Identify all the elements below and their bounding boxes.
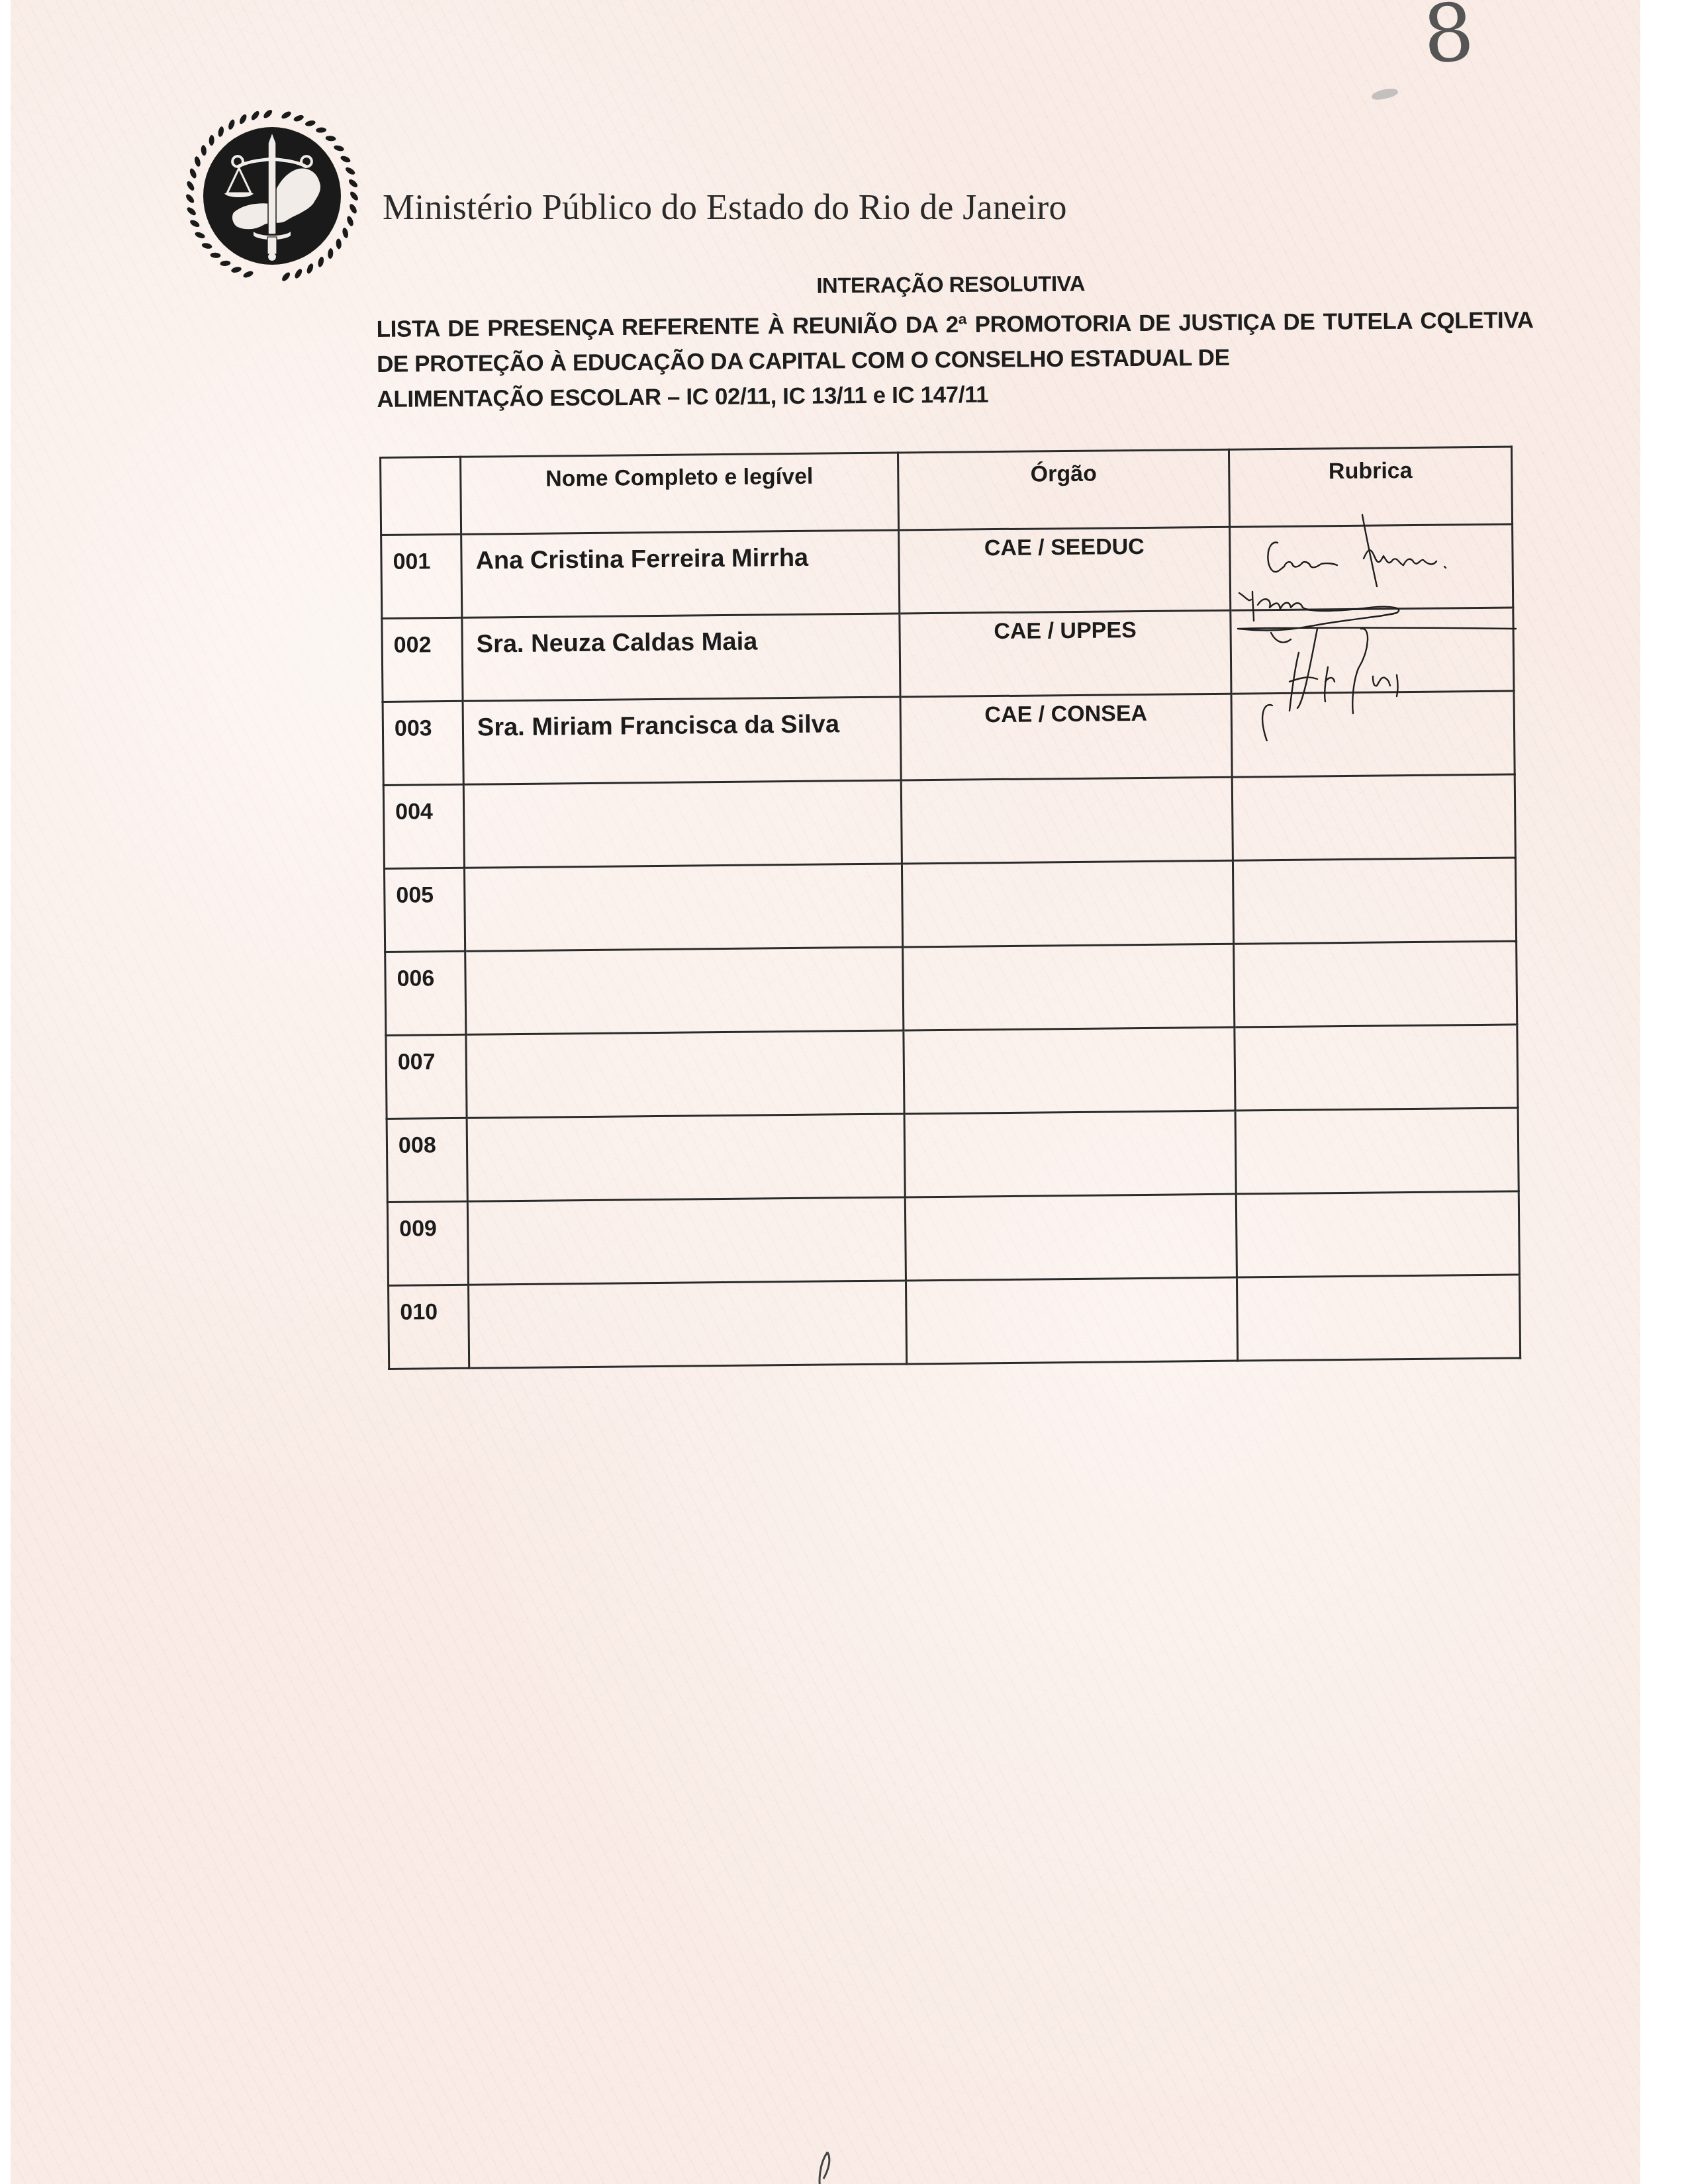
signature-001	[1268, 515, 1446, 586]
table-row: 008	[387, 1108, 1519, 1202]
mprj-seal-icon	[181, 105, 363, 287]
attendee-name	[466, 1030, 904, 1118]
attendee-name	[469, 1281, 907, 1368]
signatures-overlay	[1211, 503, 1523, 741]
attendee-organ	[901, 777, 1233, 864]
subtitle-reference: ALIMENTAÇÃO ESCOLAR – IC 02/11, IC 13/11…	[377, 382, 988, 412]
attendee-name	[467, 1114, 905, 1201]
row-number: 009	[387, 1201, 468, 1285]
attendee-signature	[1235, 1024, 1518, 1111]
attendee-signature	[1235, 1108, 1519, 1194]
attendee-signature	[1236, 1191, 1519, 1277]
document-heading: INTERAÇÃO RESOLUTIVA LISTA DE PRESENÇA R…	[376, 267, 1542, 417]
attendee-signature	[1237, 1275, 1520, 1361]
signature-002	[1238, 592, 1516, 643]
attendee-signature	[1233, 858, 1516, 944]
row-number: 001	[381, 534, 462, 618]
column-header-organ: Órgão	[898, 449, 1229, 530]
row-number: 008	[387, 1118, 467, 1202]
table-row: 006	[385, 941, 1517, 1035]
table-row: 005	[384, 858, 1516, 952]
row-number: 003	[383, 701, 463, 785]
organization-name: Ministério Público do Estado do Rio de J…	[383, 187, 1067, 228]
row-number: 004	[383, 784, 464, 868]
table-row: 009	[387, 1191, 1519, 1285]
subtitle-text: LISTA DE PRESENÇA REFERENTE À REUNIÃO DA…	[376, 307, 1533, 377]
attendee-organ: CAE / CONSEA	[900, 694, 1232, 780]
attendee-signature	[1234, 941, 1517, 1027]
row-number: 007	[386, 1034, 467, 1118]
attendee-organ	[905, 1194, 1237, 1281]
row-number: 002	[382, 617, 463, 702]
attendee-organ	[904, 1111, 1236, 1197]
table-row: 004	[383, 774, 1515, 868]
attendee-organ	[906, 1277, 1237, 1364]
attendee-name: Ana Cristina Ferreira Mirrha	[461, 530, 900, 617]
attendee-name	[467, 1197, 906, 1285]
row-number: 006	[385, 951, 466, 1035]
attendee-name	[463, 780, 902, 868]
attendee-name	[464, 864, 902, 951]
table-row: 007	[386, 1024, 1518, 1118]
attendee-organ: CAE / UPPES	[900, 610, 1231, 697]
attendee-organ	[902, 860, 1233, 947]
row-number: 005	[384, 868, 465, 952]
attendee-signature	[1232, 774, 1515, 860]
attendee-organ	[903, 944, 1235, 1030]
handwritten-mark	[813, 2150, 839, 2184]
handwritten-page-number: 8	[1420, 0, 1477, 81]
attendee-organ	[904, 1027, 1235, 1114]
table-row: 010	[389, 1275, 1521, 1369]
attendee-name: Sra. Miriam Francisca da Silva	[463, 697, 901, 784]
attendee-name	[465, 947, 904, 1034]
column-header-name: Nome Completo e legível	[461, 453, 899, 534]
attendee-name: Sra. Neuza Caldas Maia	[462, 614, 900, 701]
column-header-number	[381, 457, 461, 535]
row-number: 010	[389, 1285, 469, 1369]
document-subtitle: LISTA DE PRESENÇA REFERENTE À REUNIÃO DA…	[376, 302, 1534, 417]
signature-003	[1262, 629, 1397, 741]
attendee-organ: CAE / SEEDUC	[899, 527, 1231, 614]
